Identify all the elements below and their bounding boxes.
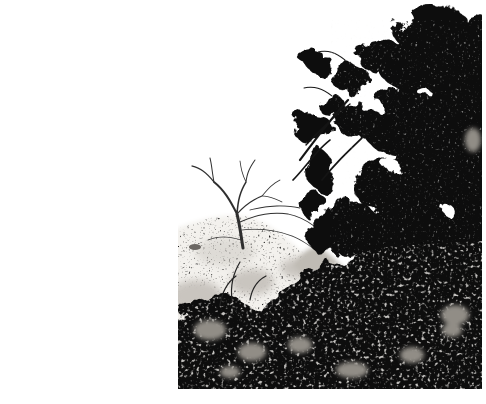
small-shrub (189, 244, 201, 250)
dead-tree-branch (250, 206, 300, 210)
brush-highlight (442, 323, 462, 337)
brush-highlight (220, 366, 240, 378)
dead-tree-branch (214, 182, 237, 214)
brush-highlight (288, 337, 312, 353)
photo-area (160, 6, 486, 404)
brush-highlight (441, 305, 469, 325)
dead-tree-twig (240, 161, 246, 182)
canopy-clump (301, 188, 323, 220)
brush-highlight (336, 362, 368, 378)
brush-highlight (194, 320, 226, 340)
shade-blob (195, 238, 255, 266)
photograph (0, 0, 486, 404)
dead-tree-twig (192, 166, 214, 182)
dead-tree-twig (246, 160, 255, 182)
canopy-gap (390, 6, 410, 22)
brush-highlight (400, 347, 424, 363)
page-background (0, 0, 486, 404)
canopy-clump (304, 53, 332, 71)
dead-tree-twig (262, 180, 280, 196)
brush-highlight (465, 128, 481, 152)
dead-tree-branch (237, 196, 262, 214)
dead-tree-twig (262, 196, 282, 202)
brush-highlight (238, 343, 266, 361)
